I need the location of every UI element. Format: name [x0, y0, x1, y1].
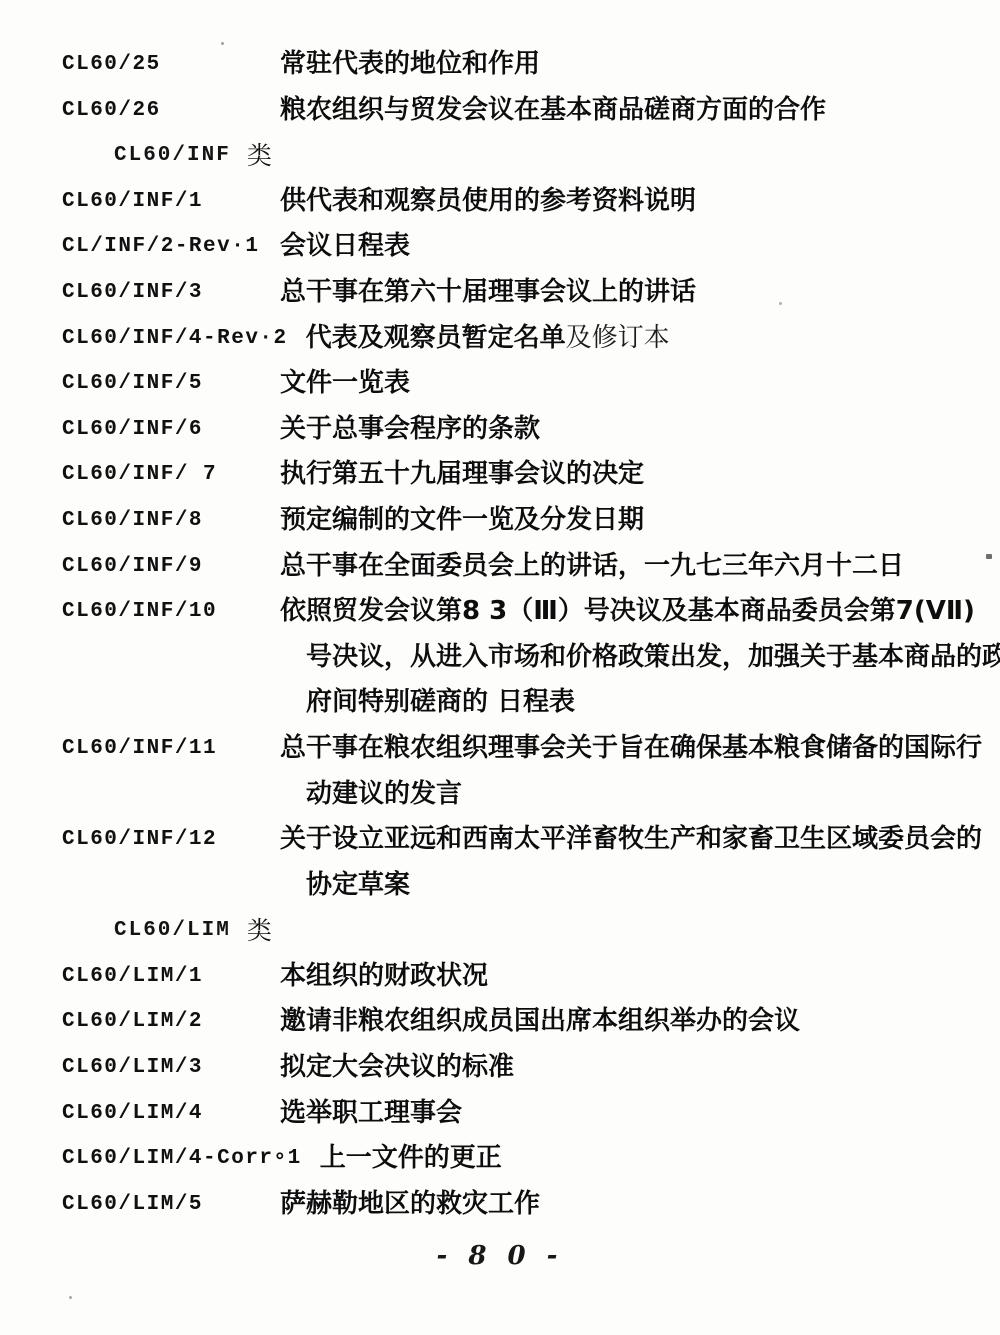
document-title: 会议日程表: [280, 224, 1000, 270]
document-row: CL60/INF/1 供代表和观察员使用的参考资料说明: [62, 179, 1000, 225]
document-row: CL/INF/2-Rev·1 会议日程表: [62, 224, 1000, 270]
document-code: CL60/25: [62, 42, 280, 88]
title-line: 依照贸发会议第8 3（Ⅲ）号决议及基本商品委员会第7(ⅤⅡ): [280, 589, 1000, 635]
scan-artifact: [69, 1296, 72, 1299]
document-title: 预定编制的文件一览及分发日期: [280, 498, 1000, 544]
title-run: 府间特别磋商的 日程表: [306, 687, 575, 717]
document-row: CL60/LIM/1 本组织的财政状况: [62, 954, 1000, 1000]
document-row: CL60/LIM/4 选举职工理事会: [62, 1091, 1000, 1137]
document-row: CL60/INF/4-Rev·2 代表及观察员暂定名单及修订本: [62, 316, 1000, 362]
title-line: 会议日程表: [280, 224, 1000, 270]
title-line: 总干事在第六十届理事会议上的讲话: [280, 270, 1000, 316]
title-line: 预定编制的文件一览及分发日期: [280, 498, 1000, 544]
document-rows: CL60/25 常驻代表的地位和作用 CL60/26 粮农组织与贸发会议在基本商…: [0, 0, 1000, 1227]
document-code: CL60/INF/5: [62, 361, 280, 407]
section-suffix: 类: [247, 133, 272, 179]
title-line: 选举职工理事会: [280, 1091, 1000, 1137]
document-row: CL60/LIM/5 萨赫勒地区的救灾工作: [62, 1182, 1000, 1228]
document-row: CL60/INF/6 关于总事会程序的条款: [62, 407, 1000, 453]
title-line: 萨赫勒地区的救灾工作: [280, 1182, 1000, 1228]
document-code: CL60/INF/8: [62, 498, 280, 544]
document-row: CL60/LIM/3 拟定大会决议的标准: [62, 1045, 1000, 1091]
document-row: CL60/INF/8 预定编制的文件一览及分发日期: [62, 498, 1000, 544]
document-row: CL60/INF/11 总干事在粮农组织理事会关于旨在确保基本粮食储备的国际行动…: [62, 726, 1000, 817]
title-line: 邀请非粮农组织成员国出席本组织举办的会议: [280, 999, 1000, 1045]
section-header: CL60/LIM 类: [62, 908, 1000, 954]
document-row: CL60/INF/9 总干事在全面委员会上的讲话，一九七三年六月十二日: [62, 544, 1000, 590]
document-code: CL60/INF/6: [62, 407, 280, 453]
title-line: 执行第五十九届理事会议的决定: [280, 452, 1000, 498]
document-page: CL60/25 常驻代表的地位和作用 CL60/26 粮农组织与贸发会议在基本商…: [0, 0, 1000, 1335]
title-line: 协定草案: [306, 863, 1000, 909]
document-code: CL60/LIM/4-Corr∘1: [62, 1136, 320, 1182]
document-title: 拟定大会决议的标准: [280, 1045, 1000, 1091]
title-line: 文件一览表: [280, 361, 1000, 407]
document-title: 总干事在粮农组织理事会关于旨在确保基本粮食储备的国际行动建议的发言: [280, 726, 1000, 817]
document-title: 粮农组织与贸发会议在基本商品磋商方面的合作: [280, 88, 1000, 134]
document-row: CL60/INF/5 文件一览表: [62, 361, 1000, 407]
title-run: 总干事在粮农组织理事会关于旨在确保基本粮食储备的国际行: [280, 733, 982, 763]
title-line: 拟定大会决议的标准: [280, 1045, 1000, 1091]
title-line: 关于设立亚远和西南太平洋畜牧生产和家畜卫生区域委员会的: [280, 817, 1000, 863]
title-line: 供代表和观察员使用的参考资料说明: [280, 179, 1000, 225]
document-code: CL60/LIM/3: [62, 1045, 280, 1091]
document-title: 供代表和观察员使用的参考资料说明: [280, 179, 1000, 225]
document-row: CL60/LIM/2 邀请非粮农组织成员国出席本组织举办的会议: [62, 999, 1000, 1045]
title-line: 动建议的发言: [306, 772, 1000, 818]
document-code: CL60/INF/12: [62, 817, 280, 863]
document-title: 执行第五十九届理事会议的决定: [280, 452, 1000, 498]
title-run: 动建议的发言: [306, 779, 462, 809]
title-line: 总干事在粮农组织理事会关于旨在确保基本粮食储备的国际行: [280, 726, 1000, 772]
document-code: CL60/INF/11: [62, 726, 280, 772]
title-run: 本组织的财政状况: [280, 961, 488, 991]
scan-artifact: [986, 554, 992, 559]
document-code: CL60/LIM/4: [62, 1091, 280, 1137]
document-title: 代表及观察员暂定名单及修订本: [306, 316, 1000, 362]
document-title: 上一文件的更正: [320, 1136, 1000, 1182]
title-run: 粮农组织与贸发会议在基本商品磋商方面的合作: [280, 95, 826, 125]
document-title: 邀请非粮农组织成员国出席本组织举办的会议: [280, 999, 1000, 1045]
title-run: 会议日程表: [280, 231, 410, 261]
section-code: CL60/INF: [114, 133, 231, 179]
page-number: - 8 0 -: [0, 1241, 1000, 1271]
document-row: CL60/INF/ 7 执行第五十九届理事会议的决定: [62, 452, 1000, 498]
title-run: 总干事在全面委员会上的讲话，一九七三年六月十二日: [280, 551, 904, 581]
title-run: 代表及观察员暂定名单: [306, 323, 566, 353]
document-title: 选举职工理事会: [280, 1091, 1000, 1137]
document-title: 文件一览表: [280, 361, 1000, 407]
title-line: 本组织的财政状况: [280, 954, 1000, 1000]
document-code: CL/INF/2-Rev·1: [62, 224, 280, 270]
title-run: 选举职工理事会: [280, 1098, 462, 1128]
title-run: 总干事在第六十届理事会议上的讲话: [280, 277, 696, 307]
title-run: 常驻代表的地位和作用: [280, 49, 540, 79]
document-row: CL60/INF/3 总干事在第六十届理事会议上的讲话: [62, 270, 1000, 316]
title-run: 上一文件的更正: [320, 1143, 502, 1173]
document-title: 总干事在全面委员会上的讲话，一九七三年六月十二日: [280, 544, 1000, 590]
document-title: 依照贸发会议第8 3（Ⅲ）号决议及基本商品委员会第7(ⅤⅡ)号决议，从进入市场和…: [280, 589, 1000, 726]
document-code: CL60/INF/4-Rev·2: [62, 316, 306, 362]
scan-artifact: [221, 42, 224, 45]
title-run: 邀请非粮农组织成员国出席本组织举办的会议: [280, 1006, 800, 1036]
document-title: 关于设立亚远和西南太平洋畜牧生产和家畜卫生区域委员会的协定草案: [280, 817, 1000, 908]
title-line: 上一文件的更正: [320, 1136, 1000, 1182]
document-row: CL60/INF/10 依照贸发会议第8 3（Ⅲ）号决议及基本商品委员会第7(Ⅴ…: [62, 589, 1000, 726]
title-run: 协定草案: [306, 870, 410, 900]
document-code: CL60/INF/10: [62, 589, 280, 635]
document-title: 本组织的财政状况: [280, 954, 1000, 1000]
document-code: CL60/INF/1: [62, 179, 280, 225]
title-run: 萨赫勒地区的救灾工作: [280, 1189, 540, 1219]
document-code: CL60/26: [62, 88, 280, 134]
document-row: CL60/26 粮农组织与贸发会议在基本商品磋商方面的合作: [62, 88, 1000, 134]
title-run: 号决议，从进入市场和价格政策出发，加强关于基本商品的政: [306, 642, 1000, 672]
title-run: 及修订本: [566, 323, 670, 353]
section-suffix: 类: [247, 908, 272, 954]
document-row: CL60/INF/12 关于设立亚远和西南太平洋畜牧生产和家畜卫生区域委员会的协…: [62, 817, 1000, 908]
title-line: 常驻代表的地位和作用: [280, 42, 1000, 88]
title-run: 执行第五十九届理事会议的决定: [280, 459, 644, 489]
title-run: 关于总事会程序的条款: [280, 414, 540, 444]
document-code: CL60/INF/ 7: [62, 452, 280, 498]
document-title: 总干事在第六十届理事会议上的讲话: [280, 270, 1000, 316]
document-title: 萨赫勒地区的救灾工作: [280, 1182, 1000, 1228]
document-code: CL60/LIM/5: [62, 1182, 280, 1228]
title-run: 文件一览表: [280, 368, 410, 398]
document-code: CL60/LIM/1: [62, 954, 280, 1000]
section-code: CL60/LIM: [114, 908, 231, 954]
document-title: 关于总事会程序的条款: [280, 407, 1000, 453]
document-row: CL60/LIM/4-Corr∘1 上一文件的更正: [62, 1136, 1000, 1182]
document-code: CL60/INF/3: [62, 270, 280, 316]
title-line: 府间特别磋商的 日程表: [306, 680, 1000, 726]
title-line: 粮农组织与贸发会议在基本商品磋商方面的合作: [280, 88, 1000, 134]
document-code: CL60/INF/9: [62, 544, 280, 590]
title-run: 依照贸发会议第8 3（Ⅲ）号决议及基本商品委员会第7(ⅤⅡ): [280, 596, 975, 626]
section-header: CL60/INF 类: [62, 133, 1000, 179]
title-run: 预定编制的文件一览及分发日期: [280, 505, 644, 535]
document-row: CL60/25 常驻代表的地位和作用: [62, 42, 1000, 88]
document-code: CL60/LIM/2: [62, 999, 280, 1045]
title-run: 供代表和观察员使用的参考资料说明: [280, 186, 696, 216]
scan-artifact: [779, 302, 782, 305]
title-line: 关于总事会程序的条款: [280, 407, 1000, 453]
title-line: 号决议，从进入市场和价格政策出发，加强关于基本商品的政: [306, 635, 1000, 681]
title-line: 总干事在全面委员会上的讲话，一九七三年六月十二日: [280, 544, 1000, 590]
document-title: 常驻代表的地位和作用: [280, 42, 1000, 88]
title-line: 代表及观察员暂定名单及修订本: [306, 316, 1000, 362]
title-run: 关于设立亚远和西南太平洋畜牧生产和家畜卫生区域委员会的: [280, 824, 982, 854]
title-run: 拟定大会决议的标准: [280, 1052, 514, 1082]
